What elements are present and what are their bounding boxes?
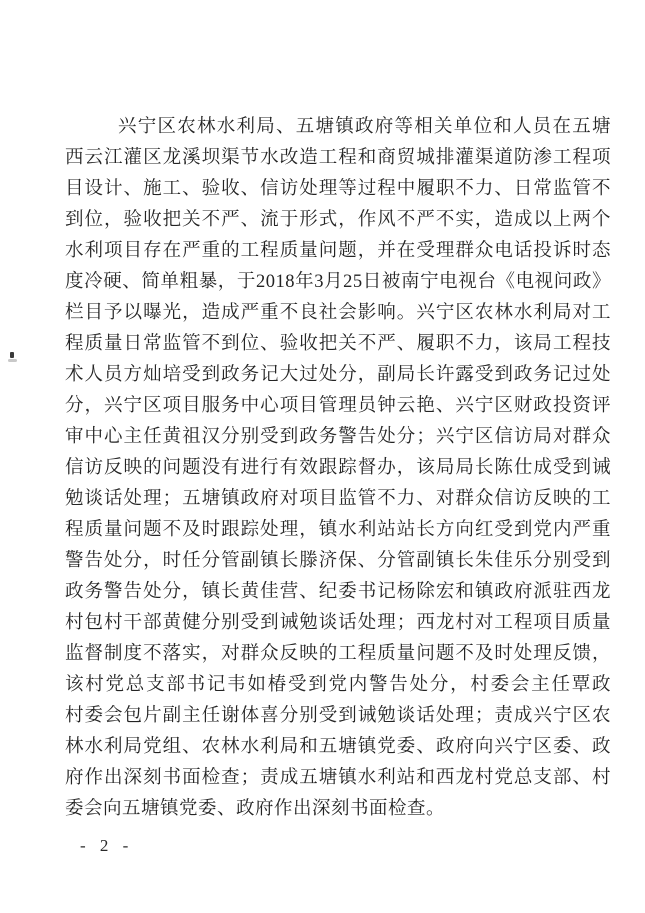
document-text-block: 兴宁区农林水利局、五塘镇政府等相关单位和人员在五塘镇西云江灌区龙溪坝渠节水改造工… [65, 112, 611, 825]
text-line: 林水利局党组、农林水利局和五塘镇党委、政府向兴宁区委、政 [65, 732, 611, 763]
text-line: 术人员方灿培受到政务记大过处分，副局长许露受到政务记过处 [65, 360, 611, 391]
text-line: 目设计、施工、验收、信访处理等过程中履职不力、日常监管不 [65, 174, 611, 205]
scan-artifact-speck [10, 352, 14, 358]
text-line: 勉谈话处理；五塘镇政府对项目监管不力、对群众信访反映的工 [65, 484, 611, 515]
text-line: 程质量日常监管不到位、验收把关不严、履职不力，该局工程技 [65, 329, 611, 360]
text-line: 委会向五塘镇党委、政府作出深刻书面检查。 [65, 794, 611, 825]
text-line: 村委会包片副主任谢体喜分别受到诫勉谈话处理；责成兴宁区农 [65, 701, 611, 732]
text-line: 信访反映的问题没有进行有效跟踪督办，该局局长陈仕成受到诫 [65, 453, 611, 484]
document-page: 兴宁区农林水利局、五塘镇政府等相关单位和人员在五塘镇西云江灌区龙溪坝渠节水改造工… [0, 0, 645, 913]
text-line: 村包村干部黄健分别受到诫勉谈话处理；西龙村对工程项目质量 [65, 608, 611, 639]
text-line: 栏目予以曝光，造成严重不良社会影响。兴宁区农林水利局对工 [65, 298, 611, 329]
text-line: 该村党总支部书记韦如椿受到党内警告处分，村委会主任覃政光、 [65, 670, 611, 701]
page-number: - 2 - [80, 836, 133, 856]
text-line: 到位，验收把关不严、流于形式，作风不严不实，造成以上两个 [65, 205, 611, 236]
scan-artifact-smudge [8, 359, 17, 362]
text-line: 监督制度不落实，对群众反映的工程质量问题不及时处理反馈， [65, 639, 611, 670]
text-line: 西云江灌区龙溪坝渠节水改造工程和商贸城排灌渠道防渗工程项 [65, 143, 611, 174]
text-line: 府作出深刻书面检查；责成五塘镇水利站和西龙村党总支部、村 [65, 763, 611, 794]
text-line: 审中心主任黄祖汉分别受到政务警告处分；兴宁区信访局对群众 [65, 422, 611, 453]
text-line: 水利项目存在严重的工程质量问题，并在受理群众电话投诉时态 [65, 236, 611, 267]
text-line: 度冷硬、简单粗暴，于2018年3月25日被南宁电视台《电视问政》 [65, 267, 611, 298]
text-line: 程质量问题不及时跟踪处理，镇水利站站长方向红受到党内严重 [65, 515, 611, 546]
text-line: 政务警告处分，镇长黄佳营、纪委书记杨除宏和镇政府派驻西龙 [65, 577, 611, 608]
text-line: 警告处分，时任分管副镇长滕济保、分管副镇长朱佳乐分别受到 [65, 546, 611, 577]
text-line: 分，兴宁区项目服务中心项目管理员钟云艳、兴宁区财政投资评 [65, 391, 611, 422]
text-line: 兴宁区农林水利局、五塘镇政府等相关单位和人员在五塘镇 [65, 112, 611, 143]
